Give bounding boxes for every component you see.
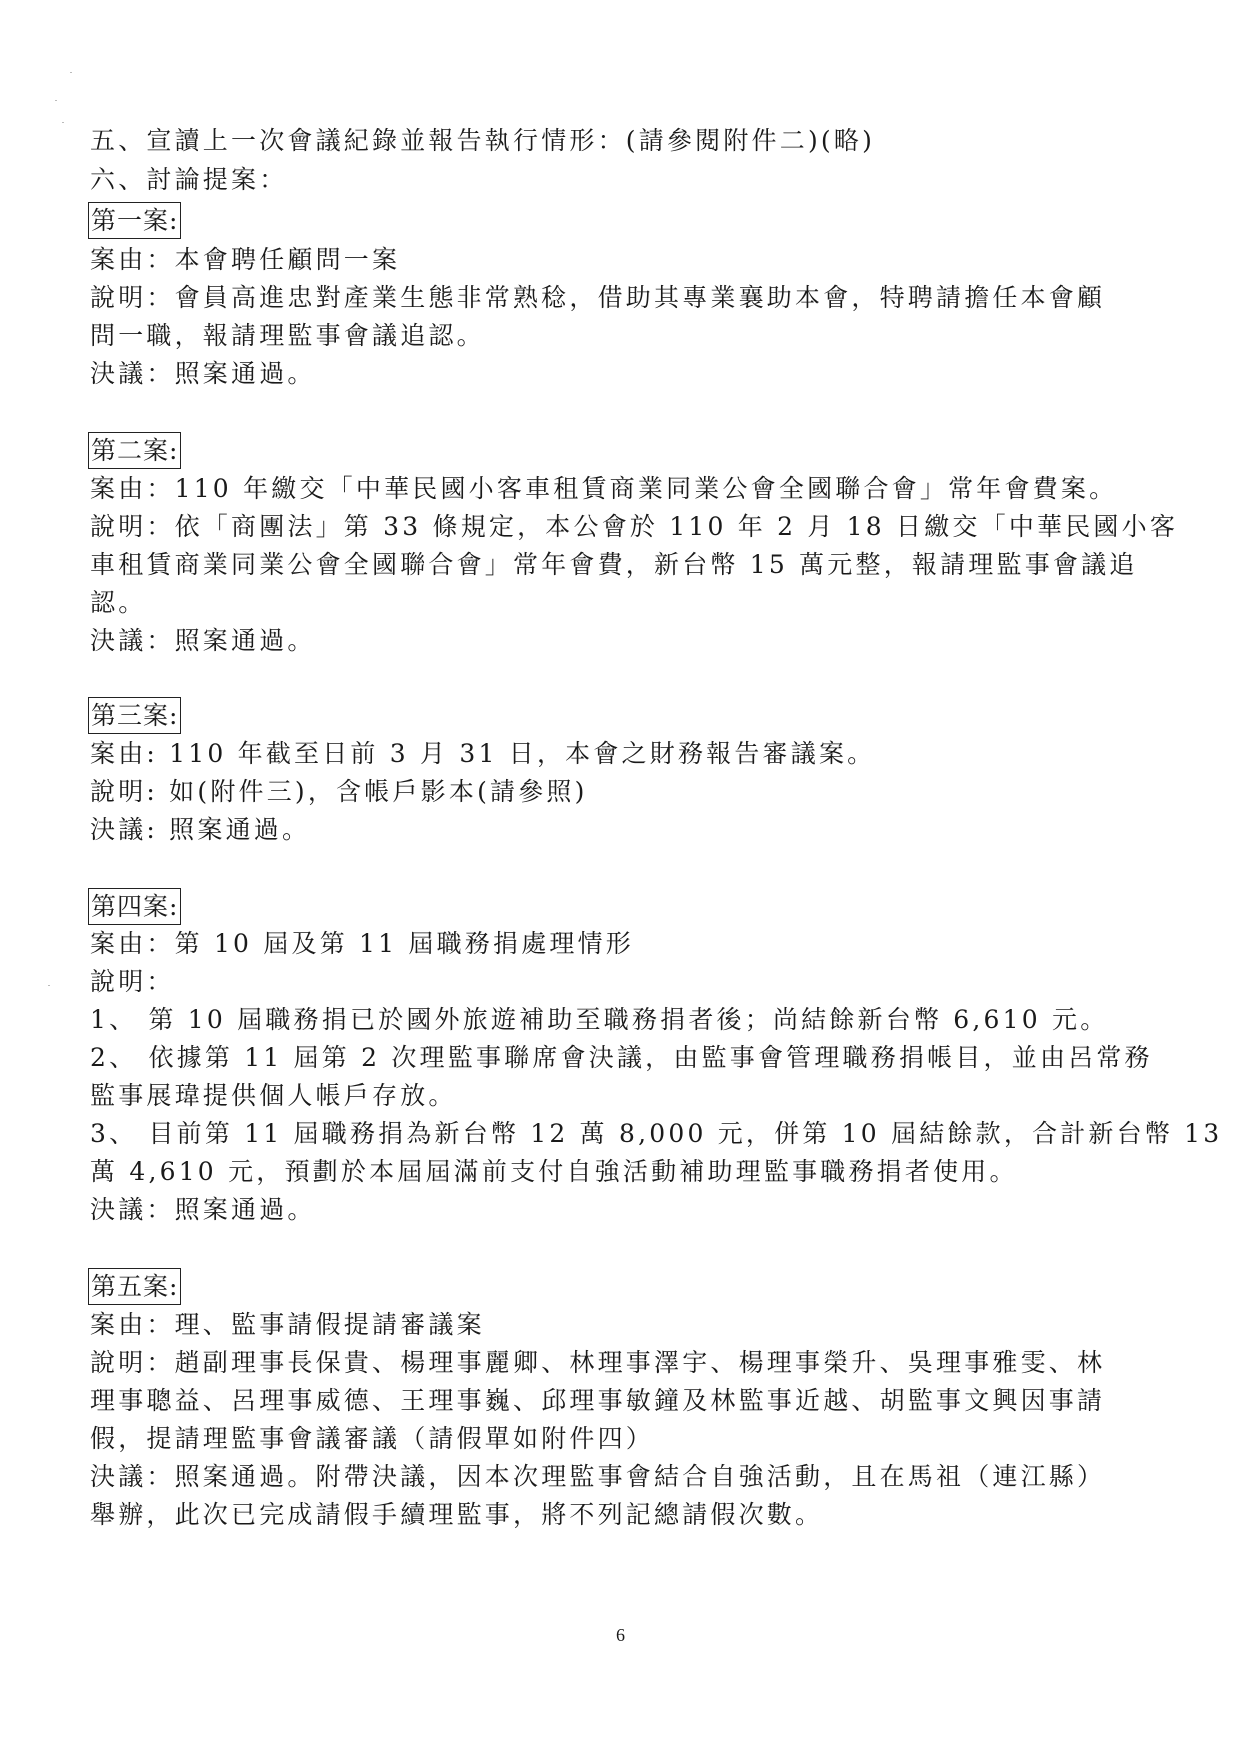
case-3-label: 第三案: bbox=[88, 697, 181, 734]
case-1-explanation-line: 說明：會員高進忠對產業生態非常熟稔，借助其專業襄助本會，特聘請擔任本會顧 bbox=[90, 281, 1105, 315]
case-1-reason: 案由：本會聘任顧問一案 bbox=[90, 243, 400, 277]
case-4-reason: 案由：第 10 屆及第 11 屆職務捐處理情形 bbox=[90, 927, 634, 961]
case-4-explanation-line: 1、 第 10 屆職務捐已於國外旅遊補助至職務捐者後；尚結餘新台幣 6,610 … bbox=[90, 1003, 1108, 1037]
case-4-label: 第四案: bbox=[88, 888, 181, 925]
scan-speck bbox=[48, 985, 50, 986]
case-4-resolution: 決議：照案通過。 bbox=[90, 1193, 316, 1227]
case-2-resolution: 決議：照案通過。 bbox=[90, 624, 316, 658]
case-2-explanation-line: 車租賃商業同業公會全國聯合會」常年會費，新台幣 15 萬元整，報請理監事會議追 bbox=[90, 548, 1138, 582]
document-page: 五、宣讀上一次會議紀錄並報告執行情形：(請參閱附件二)(略) 六、討論提案： 第… bbox=[0, 0, 1241, 1755]
case-3-resolution: 決議: 照案通過。 bbox=[90, 813, 310, 847]
case-4-explanation-line: 3、 目前第 11 屆職務捐為新台幣 12 萬 8,000 元，併第 10 屆結… bbox=[90, 1117, 1222, 1151]
page-number: 6 bbox=[616, 1625, 625, 1646]
case-1-explanation-line: 問一職，報請理監事會議追認。 bbox=[90, 319, 485, 353]
case-3-reason: 案由: 110 年截至日前 3 月 31 日，本會之財務報告審議案。 bbox=[90, 737, 875, 771]
case-2-reason: 案由：110 年繳交「中華民國小客車租賃商業同業公會全國聯合會」常年會費案。 bbox=[90, 472, 1117, 506]
case-2-explanation-line: 認。 bbox=[90, 586, 146, 620]
case-1-resolution: 決議：照案通過。 bbox=[90, 357, 316, 391]
case-4-explanation-line: 萬 4,610 元，預劃於本屆屆滿前支付自強活動補助理監事職務捐者使用。 bbox=[90, 1155, 1018, 1189]
scan-speck bbox=[62, 122, 64, 123]
case-1-label: 第一案: bbox=[88, 202, 181, 239]
case-4-explanation-line: 2、 依據第 11 屆第 2 次理監事聯席會決議，由監事會管理職務捐帳目，並由呂… bbox=[90, 1041, 1153, 1075]
case-4-explanation-line: 監事展瑋提供個人帳戶存放。 bbox=[90, 1079, 457, 1113]
scan-speck bbox=[70, 72, 72, 73]
case-2-explanation-line: 說明：依「商團法」第 33 條規定，本公會於 110 年 2 月 18 日繳交「… bbox=[90, 510, 1178, 544]
agenda-item-5: 五、宣讀上一次會議紀錄並報告執行情形：(請參閱附件二)(略) bbox=[90, 124, 875, 158]
case-5-resolution-line: 舉辦，此次已完成請假手續理監事，將不列記總請假次數。 bbox=[90, 1498, 823, 1532]
case-2-label: 第二案: bbox=[88, 432, 181, 469]
case-5-resolution-line: 決議：照案通過。附帶決議，因本次理監事會結合自強活動，且在馬祖（連江縣） bbox=[90, 1460, 1105, 1494]
case-4-explanation-line: 說明： bbox=[90, 965, 175, 999]
agenda-item-6: 六、討論提案： bbox=[90, 163, 287, 197]
case-5-explanation-line: 說明：趙副理事長保貴、楊理事麗卿、林理事澤宇、楊理事榮升、吳理事雅雯、林 bbox=[90, 1346, 1105, 1380]
case-5-explanation-line: 假，提請理監事會議審議（請假單如附件四） bbox=[90, 1422, 654, 1456]
case-3-explanation-line: 說明: 如(附件三)，含帳戶影本(請參照) bbox=[90, 775, 588, 809]
case-5-label: 第五案: bbox=[88, 1268, 181, 1305]
case-5-reason: 案由：理、監事請假提請審議案 bbox=[90, 1308, 485, 1342]
scan-speck bbox=[55, 100, 57, 101]
case-5-explanation-line: 理事聰益、呂理事威德、王理事巍、邱理事敏鐘及林監事近越、胡監事文興因事請 bbox=[90, 1384, 1105, 1418]
